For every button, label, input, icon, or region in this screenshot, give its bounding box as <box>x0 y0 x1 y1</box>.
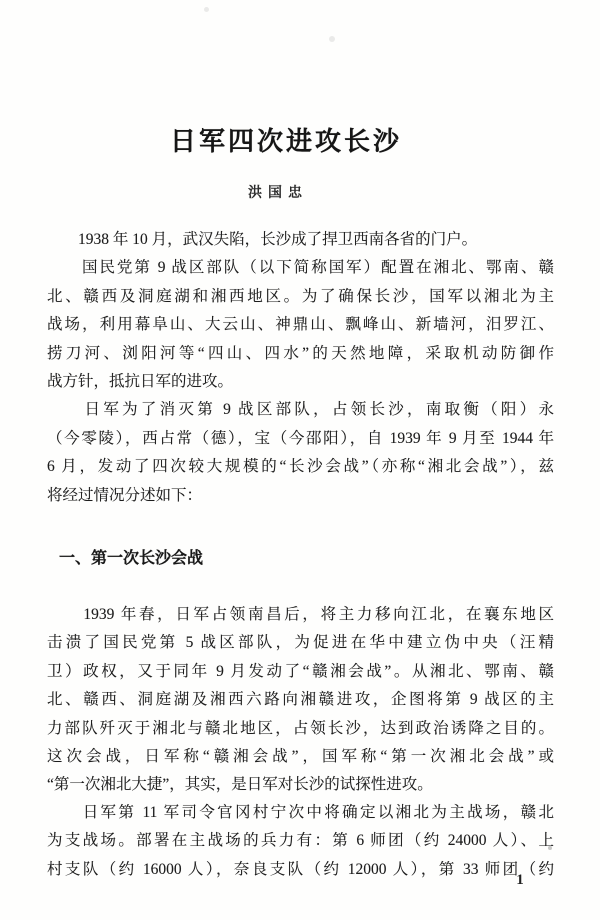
text-line: 战场，利用幕阜山、大云山、神鼎山、飘峰山、新墙河，汨罗江、 <box>47 311 554 339</box>
text-line: 战方针，抵抗日军的进攻。 <box>47 368 554 396</box>
document-title: 日军四次进攻长沙 <box>0 121 572 158</box>
text-line: （今零陵），西占常（德），宝（今邵阳），自 1939 年 9 月至 1944 年 <box>47 425 554 453</box>
scan-noise-speck <box>329 36 335 42</box>
text-line: 这次会战，日军称“赣湘会战”，国军称“第一次湘北会战”或 <box>47 743 554 771</box>
text-line: 1939 年春，日军占领南昌后，将主力移向江北，在襄东地区 <box>47 601 554 629</box>
text-line: 6 月，发动了四次较大规模的“长沙会战”（亦称“湘北会战”），兹 <box>47 453 554 481</box>
text-line: 捞刀河、浏阳河等“四山、四水”的天然地障，采取机动防御作 <box>47 340 554 368</box>
author-name: 洪国忠 <box>0 182 556 202</box>
paragraph-block-first-battle: 1939 年春，日军占领南昌后，将主力移向江北，在襄东地区 击溃了国民党第 5 … <box>47 601 554 800</box>
scan-noise-speck <box>204 7 209 12</box>
text-line: 北、赣西及洞庭湖和湘西地区。为了确保长沙，国军以湘北为主 <box>47 283 554 311</box>
page-number: 1 <box>508 872 532 889</box>
text-line: “第一次湘北大捷”，其实，是日军对长沙的试探性进攻。 <box>47 771 554 799</box>
text-line: 国民党第 9 战区部队（以下简称国军）配置在湘北、鄂南、赣 <box>47 254 554 282</box>
text-line: 日军第 11 军司令官冈村宁次中将确定以湘北为主战场，赣北 <box>47 799 554 827</box>
text-line: 力部队歼灭于湘北与赣北地区，占领长沙，达到政治诱降之目的。 <box>47 715 554 743</box>
text-line: 为支战场。部署在主战场的兵力有：第 6 师团（约 24000 人）、上 <box>47 827 554 855</box>
paragraph-block-intro: 1938 年 10 月，武汉失陷，长沙成了捍卫西南各省的门户。 国民党第 9 战… <box>47 226 554 510</box>
text-line: 将经过情况分述如下： <box>47 482 554 510</box>
paragraph-block-deployment: 日军第 11 军司令官冈村宁次中将确定以湘北为主战场，赣北 为支战场。部署在主战… <box>47 799 554 884</box>
scanned-document-page: 日军四次进攻长沙 洪国忠 1938 年 10 月，武汉失陷，长沙成了捍卫西南各省… <box>0 0 600 920</box>
text-line: 击溃了国民党第 5 战区部队，为促进在华中建立伪中央（汪精 <box>47 629 554 657</box>
text-line: 北、赣西、洞庭湖及湘西六路向湘赣进攻，企图将第 9 战区的主 <box>47 686 554 714</box>
text-line: 村支队（约 16000 人），奈良支队（约 12000 人），第 33 师团（约 <box>47 856 554 884</box>
text-line: 1938 年 10 月，武汉失陷，长沙成了捍卫西南各省的门户。 <box>47 226 554 254</box>
section-heading: 一、第一次长沙会战 <box>47 545 554 573</box>
text-line: 日军为了消灭第 9 战区部队，占领长沙，南取衡（阳）永 <box>47 396 554 424</box>
text-line: 卫）政权，又于同年 9 月发动了“赣湘会战”。从湘北、鄂南、赣 <box>47 658 554 686</box>
